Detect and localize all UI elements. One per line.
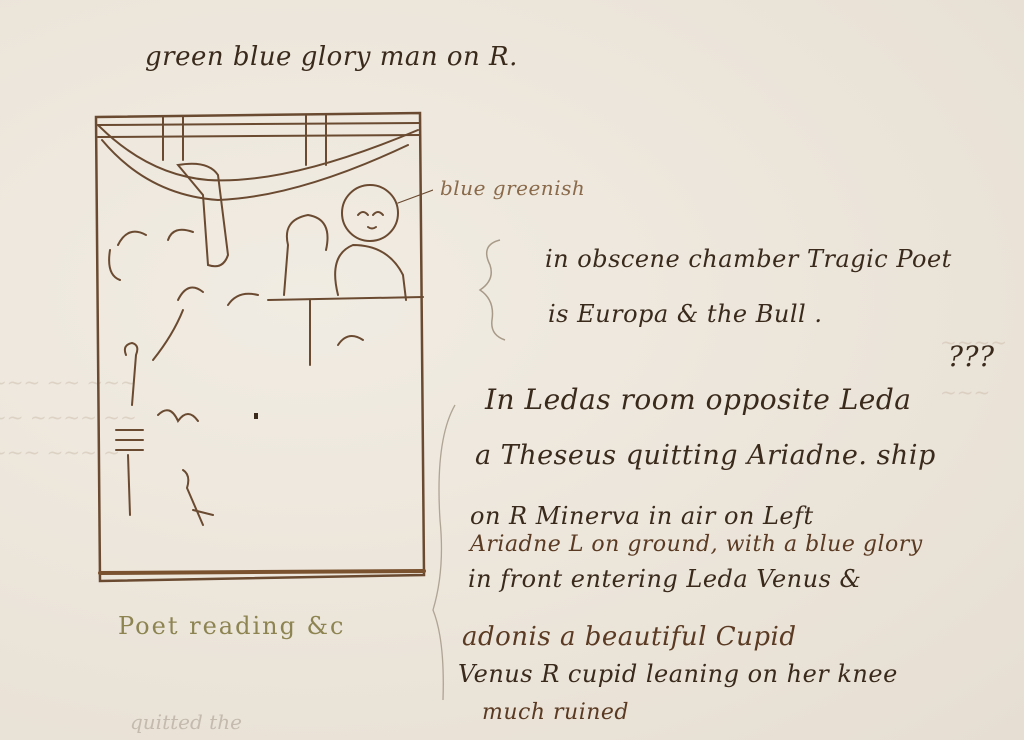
main-note-line: Ariadne L on ground, with a blue glory [470, 532, 923, 557]
bottom-faint-note: quitted the [130, 710, 242, 734]
main-note-line: In Ledas room opposite Leda [485, 383, 912, 416]
bracket-mark [470, 235, 510, 345]
sketch-caption: Poet reading &c [118, 612, 345, 640]
bleed-through-text: ~~~ [940, 380, 990, 404]
heading-note: green blue glory man on R. [145, 42, 518, 72]
main-note-line: on R Minerva in air on Left [470, 502, 814, 530]
sketch-margin-note: blue greenish [440, 176, 585, 200]
main-note-line: Venus R cupid leaning on her knee [458, 660, 898, 688]
bracketed-note-line: in obscene chamber Tragic Poet [545, 245, 952, 273]
main-note-line: a Theseus quitting Ariadne. ship [475, 440, 936, 471]
bracketed-note-line: is Europa & the Bull . [548, 300, 822, 328]
manuscript-page: ~~~ ~~ ~~~ ~~ ~~~~ ~~ ~~~ ~~~ ~ ~~~~ ~~~… [0, 0, 1024, 740]
main-note-line: much ruined [482, 700, 629, 725]
main-note-line: in front entering Leda Venus & [468, 565, 861, 593]
question-marks: ??? [948, 340, 995, 373]
main-note-line: adonis a beautiful Cupid [462, 622, 796, 652]
fresco-sketch [88, 105, 433, 590]
